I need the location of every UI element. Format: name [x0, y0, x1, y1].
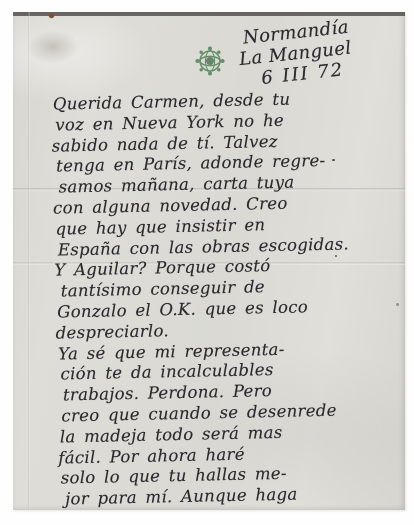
letter-paper: Normandía La Manguel 6 III 72 Querida Ca… [13, 12, 405, 510]
paper-fold [28, 12, 30, 510]
letter-photo: Normandía La Manguel 6 III 72 Querida Ca… [0, 0, 414, 525]
paper-top-edge [13, 12, 405, 16]
letter-body: Querida Carmen, desde tu voz en Nueva Yo… [53, 87, 402, 510]
paper-smudge [27, 30, 79, 64]
ship-wheel-emblem-icon [194, 45, 226, 77]
letter-header: Normandía La Manguel 6 III 72 [242, 17, 355, 91]
